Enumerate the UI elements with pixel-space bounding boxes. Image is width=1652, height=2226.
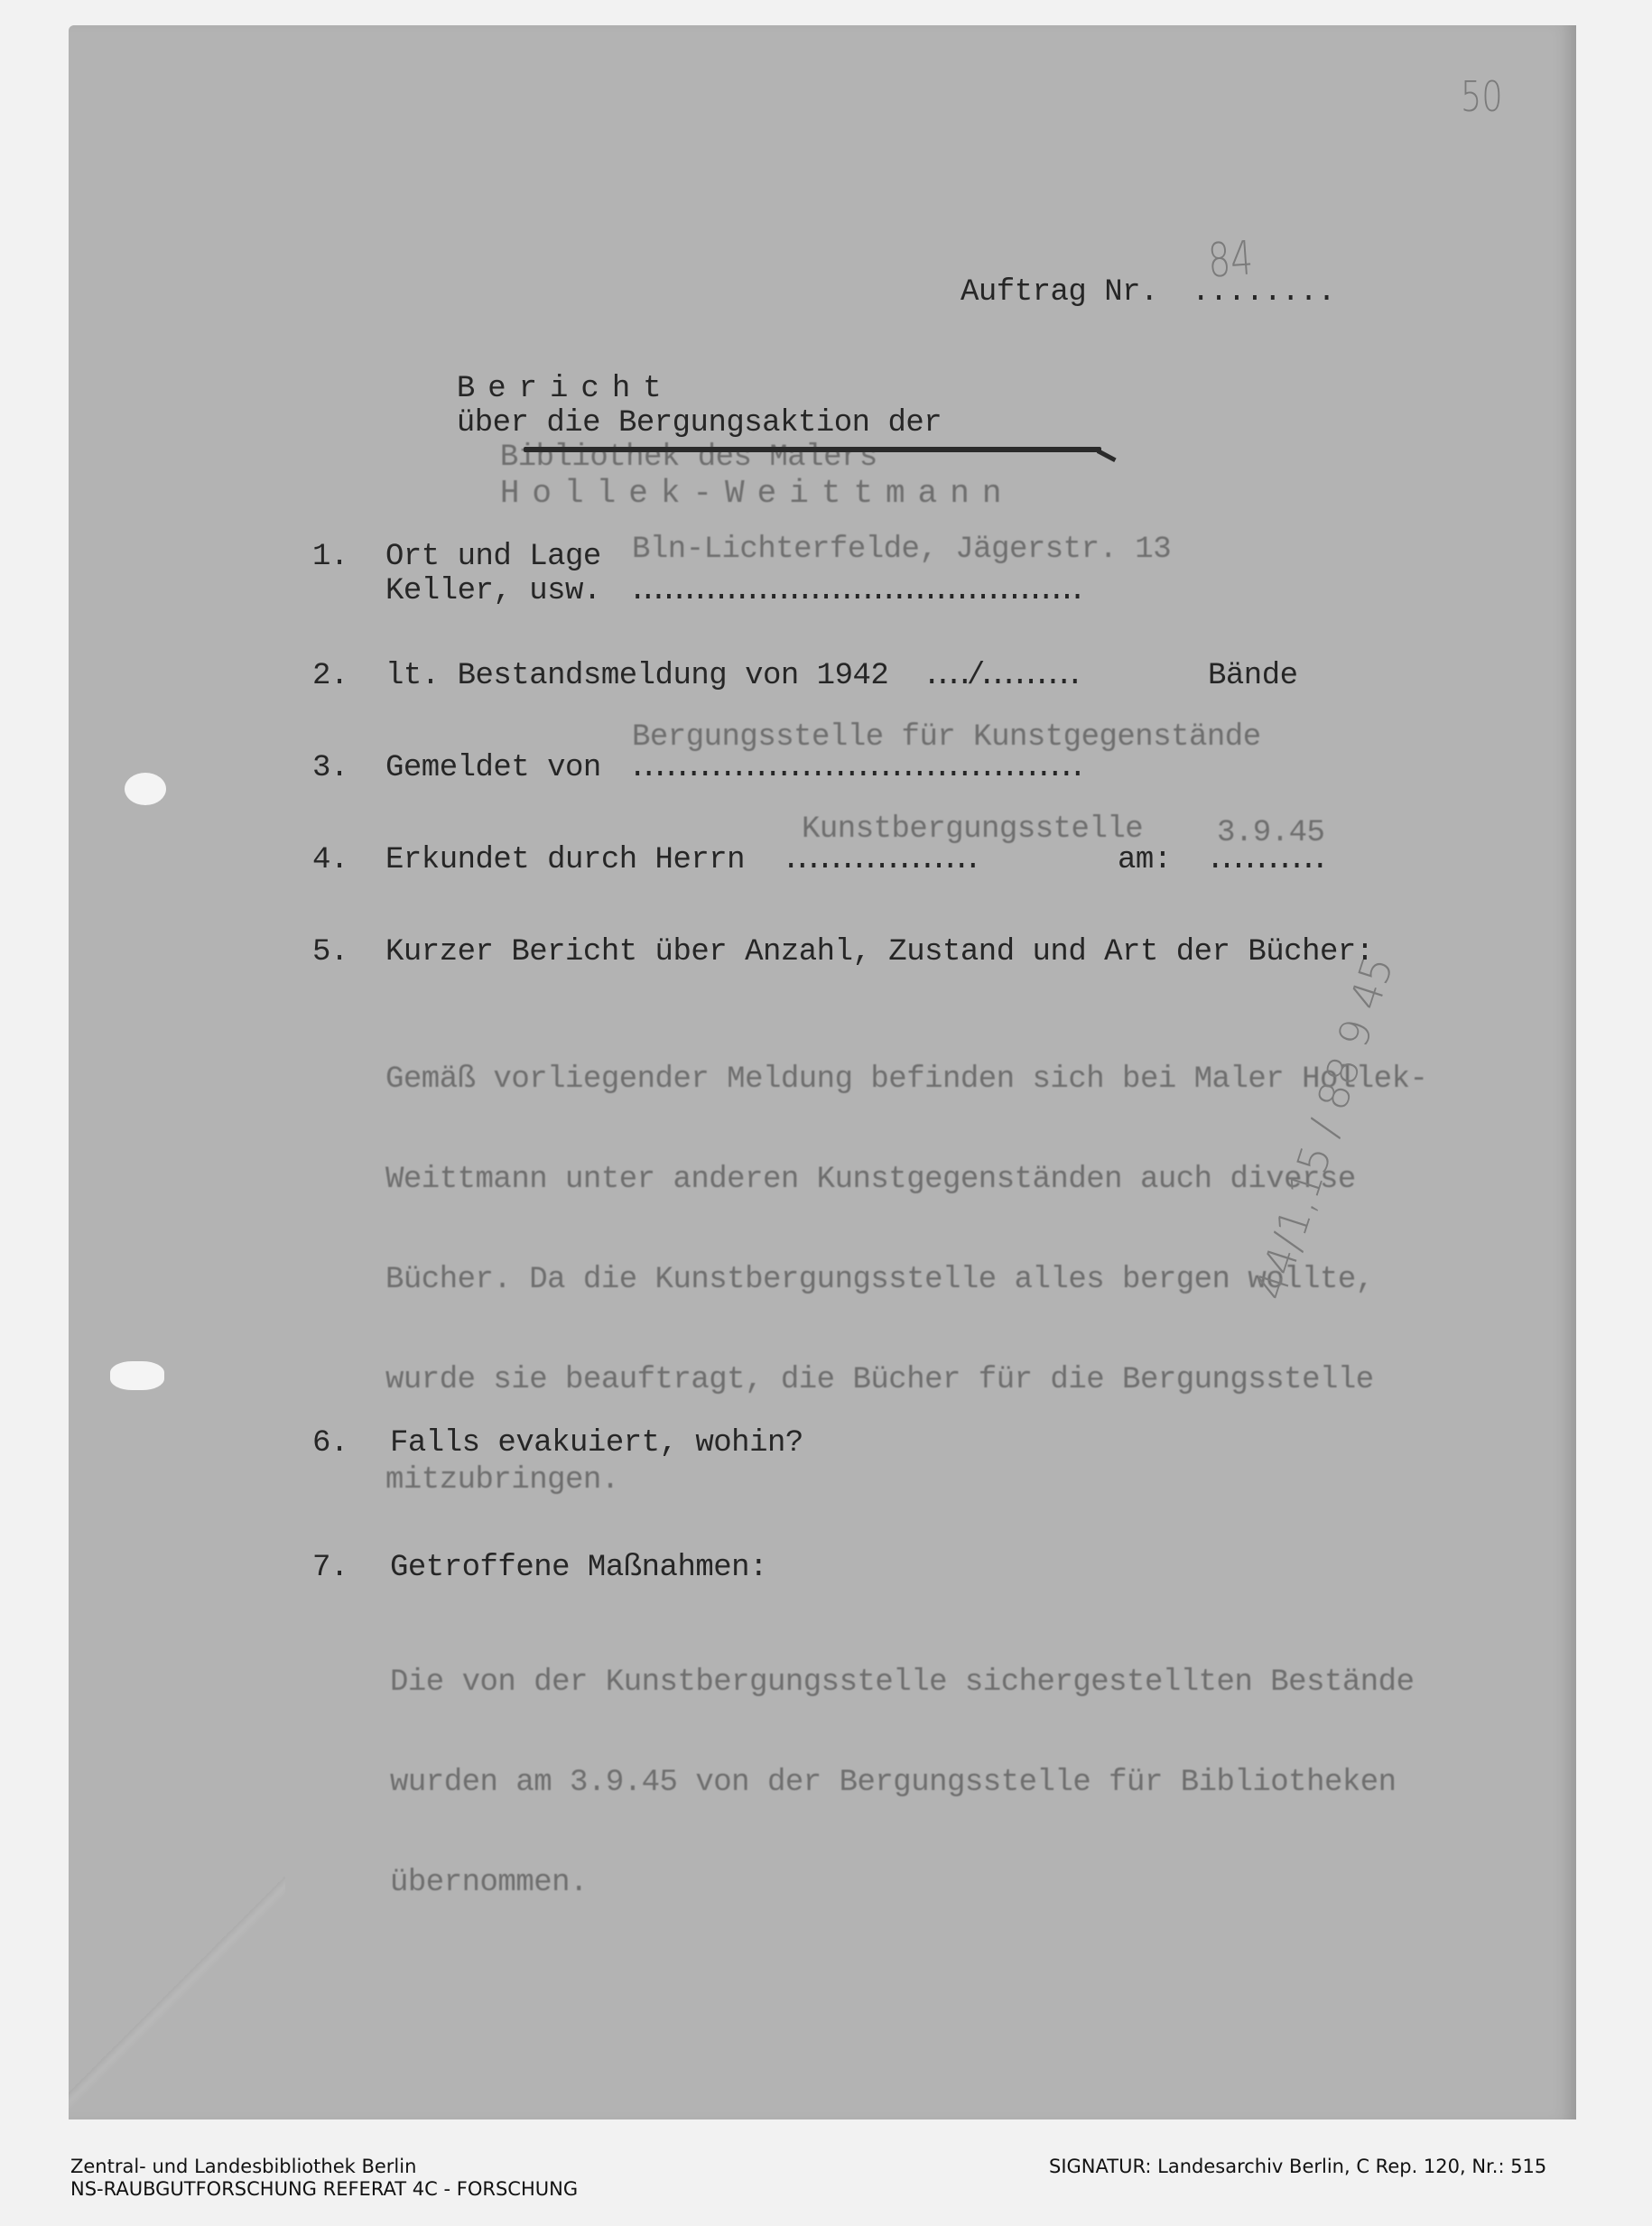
- order-number-label: Auftrag Nr.: [961, 275, 1158, 310]
- footer-department: NS-RAUBGUTFORSCHUNG REFERAT 4C - FORSCHU…: [70, 2178, 578, 2201]
- item-6-label: Falls evakuiert, wohin?: [390, 1426, 803, 1461]
- item-1-value: Bln-Lichterfelde, Jägerstr. 13: [632, 533, 1171, 567]
- item-5-body-line: mitzubringen.: [385, 1464, 1427, 1498]
- item-4-value: Kunstbergungsstelle: [802, 812, 1143, 847]
- item-1-label-line1: Ort und Lage: [385, 540, 601, 574]
- item-5-body-line: wurde sie beauftragt, die Bücher für die…: [385, 1364, 1427, 1397]
- item-7-body-line: Die von der Kunstbergungsstelle sicherge…: [390, 1666, 1415, 1700]
- item-2-dots: ..../.........: [923, 659, 1077, 693]
- punch-hole-bottom: [110, 1361, 164, 1390]
- item-7-label: Getroffene Maßnahmen:: [390, 1551, 767, 1585]
- item-1-number: 1.: [312, 540, 348, 574]
- title-underline: [524, 447, 1101, 452]
- item-1-dots: ........................................…: [628, 574, 1079, 608]
- item-5-number: 5.: [312, 935, 348, 969]
- item-6-number: 6.: [312, 1426, 348, 1461]
- footer-institution: Zentral- und Landesbibliothek Berlin: [70, 2156, 578, 2178]
- item-7-number: 7.: [312, 1551, 348, 1585]
- item-5-body-line: Gemäß vorliegender Meldung befinden sich…: [385, 1063, 1427, 1097]
- punch-hole-top: [125, 773, 166, 805]
- item-3-value: Bergungsstelle für Kunstgegenstände: [632, 720, 1261, 755]
- item-5-body-line: Weittmann unter anderen Kunstgegenstände…: [385, 1164, 1427, 1197]
- library-title-prefix: Bibliothek des Malers: [500, 441, 877, 475]
- report-title-spaced-word: Bericht: [457, 372, 674, 406]
- item-4-dots: .................: [782, 843, 975, 877]
- item-7-body-line: übernommen.: [390, 1867, 1415, 1900]
- footer-left: Zentral- und Landesbibliothek Berlin NS-…: [70, 2156, 578, 2201]
- item-7-body-line: wurden am 3.9.45 von der Bergungsstelle …: [390, 1767, 1415, 1800]
- item-2-suffix: Bände: [1208, 659, 1298, 693]
- item-3-number: 3.: [312, 751, 348, 785]
- item-4-label: Erkundet durch Herrn: [385, 843, 745, 877]
- item-4-number: 4.: [312, 843, 348, 877]
- item-3-label: Gemeldet von: [385, 751, 601, 785]
- page-number-handwritten: 50: [1461, 72, 1503, 121]
- library-title: Bibliothek des Malers Hollek-Weittmann: [464, 406, 1014, 512]
- footer-signature: SIGNATUR: Landesarchiv Berlin, C Rep. 12…: [1049, 2156, 1546, 2178]
- library-owner-name: Hollek-Weittmann: [500, 475, 1015, 512]
- item-3-dots: ........................................: [628, 751, 1080, 785]
- item-1-label-line2: Keller, usw.: [385, 574, 601, 608]
- order-number-handwritten: 84: [1206, 231, 1255, 288]
- item-2-number: 2.: [312, 659, 348, 693]
- item-4-date-label: am:: [1118, 843, 1172, 877]
- item-2-label: lt. Bestandsmeldung von 1942: [385, 659, 888, 693]
- item-4-date-dots: ..........: [1206, 843, 1323, 877]
- item-5-label: Kurzer Bericht über Anzahl, Zustand und …: [385, 935, 1374, 969]
- item-7-body: Die von der Kunstbergungsstelle sicherge…: [390, 1600, 1415, 1934]
